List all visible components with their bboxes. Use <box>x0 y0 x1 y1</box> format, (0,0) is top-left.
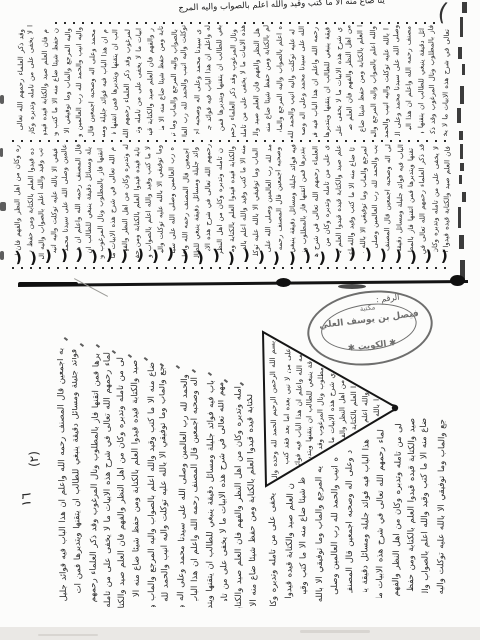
dotted-separator-bottom <box>12 267 450 269</box>
edge-line-segment <box>460 86 464 104</box>
line-end-hook: ) <box>379 248 386 263</box>
script-line: ره وكان من اهل النظر والفهم فان العلم صي… <box>12 145 24 255</box>
script-line: به اجمعين قال المصنف رحمه الله واعلم ان … <box>57 348 72 603</box>
edge-line-segment <box>459 235 464 249</box>
script-line: له وتدبره وكان من اهل النظر والفهم فان ا… <box>119 144 131 252</box>
ink-blob <box>276 278 291 287</box>
line-end-hook: ) <box>349 247 358 263</box>
part-number: (٢) <box>27 451 41 467</box>
script-line: ا بالله عليه توكلت واليه انيب والحمد لله <box>371 399 382 418</box>
script-line: ى سيدنا محمد وعلى اله وصحبه اجمعين قال ا… <box>191 29 203 135</box>
script-line: والكتابة قيده قيدوا العلم بالكتابة ومن ح… <box>226 146 238 252</box>
script-line: له عليه توكلت واليه انيب والحمد لله رب ا… <box>285 29 297 140</box>
dotted-separator-middle <box>12 140 448 142</box>
script-line: جع والماب وما توفيقي الا بالله عليه توكل… <box>434 419 449 595</box>
line-end-hook: ) <box>60 248 68 263</box>
edge-line-segment <box>459 175 462 184</box>
script-line: مصنف رحمه الله واعلم ان هذا الباب فيه فو… <box>403 26 415 130</box>
script-line: مد لله رب العالمين وصلى الله على سيدنا م… <box>262 144 274 254</box>
script-line: من اهل النظر والفهم فان العلم صيد والكتا… <box>344 25 356 130</box>
script-line: ن حفظ شيئا ضاع منه الا ما كتب وقيد والله… <box>49 28 61 136</box>
script-line: هذا الباب فيه فوائد جليلة ومسائل دقيقة ي… <box>358 439 373 592</box>
line-end-hook: ) <box>45 249 53 264</box>
script-line: د وعلى اله وصحبه اجمعين قال المصنف رحمه … <box>343 450 358 594</box>
tick-mark <box>240 382 244 386</box>
script-line: لم بالكتابة ومن حفظ شيئا ضاع منه الا ما … <box>262 25 274 135</box>
script-line: يلة ومسائل دقيقة ينبغي للطالب ان يتقنها … <box>83 147 95 254</box>
line-end-hook: ) <box>273 251 280 266</box>
line-end-hook: ) <box>440 249 448 264</box>
script-line: ا بالله عليه توكلت واليه انيب والحمد لله… <box>380 28 392 138</box>
edge-line-segment <box>457 108 461 123</box>
header-script-line: يئا ضاع منه الا ما كتب وقيد والله اعلم ب… <box>55 0 385 23</box>
script-line: قد ذكر العلماء رحمهم الله تعالى في شرح ه… <box>417 144 429 253</box>
edge-fragment <box>0 148 3 157</box>
line-end-hook: ) <box>303 249 311 265</box>
script-line: يتدبرها فمن اتقنها فاز بالمطلوب ونال الم… <box>298 147 310 252</box>
script-line: وما توفيقي الا بالله عليه توكلت واليه ان… <box>155 145 167 253</box>
tick-mark <box>64 337 68 341</box>
script-line: له واعلم ان هذا الباب فيه فوائد جليلة وم… <box>203 25 215 130</box>
script-line: لا يخفى على من تامله وتدبره وكان من اهل … <box>429 146 441 252</box>
script-line: ظ شيئا ضاع منه الا ما كتب وقيد والله اعل… <box>297 477 312 594</box>
script-line: ا العلم بالكتابة ومن حفظ شيئا ضاع منه ال <box>348 386 359 431</box>
script-line: رحمهم الله تعالى في شرح هذه الابيات ما ل… <box>202 144 214 250</box>
script-line: واليه المرجع والماب وما توفيقي الا بالله… <box>61 28 73 136</box>
edge-line-segment <box>458 47 462 59</box>
script-line: قيقة ينبغي للطالب ان يتقنها ويتدبرها فمن… <box>321 27 333 138</box>
script-line: مهم الله تعالى في شرح هذه الابيات ما لا … <box>218 382 233 601</box>
script-line: تقنها ويتدبرها فمن اتقنها فاز بالمطلوب و… <box>405 148 417 252</box>
edge-line-segment <box>460 17 464 37</box>
tick-mark <box>176 365 180 369</box>
script-line: ه انيب والحمد لله رب العالمين وصلى الله … <box>328 457 343 594</box>
edge-line-segment <box>462 64 466 75</box>
script-line: توكلت واليه انيب والحمد لله رب العالمين … <box>179 25 191 137</box>
script-line: الله على سيدنا محمد وعلى اله وصحبه اجمعي… <box>297 26 309 135</box>
script-line: ئا ضاع منه الا ما كتب وقيد والله اعلم با… <box>345 147 357 255</box>
line-end-hook: ) <box>228 251 235 266</box>
script-line: قال المصنف رحمه الله واعلم ان هذا الباب … <box>72 144 84 251</box>
script-line: لمرجع والماب وما توفيقي الا بالله عليه ت… <box>357 146 369 252</box>
script-line: ه اعلم بالصواب واليه المرجع والماب وما ت… <box>274 26 286 131</box>
script-line: محمد وعلى اله وصحبه اجمعين قال المصنف رح… <box>85 29 97 138</box>
script-line: واليه انيب والحمد لله رب العالمين وصلى ا… <box>73 27 85 137</box>
script-line: تابة قيده قيدوا العلم بالكتابة ومن حفظ ش… <box>131 147 143 258</box>
edge-fragment <box>0 251 4 260</box>
tick-mark <box>80 343 84 347</box>
script-line: من اهل النظر والفهم فان العلم صيد والكت <box>337 380 348 439</box>
script-line: مطلوب ونال المرغوب وقد ذكر العلماء رحمهم <box>314 367 325 452</box>
script-line: ر والفهم فان العلم صيد والكتابة قيده قيد… <box>144 28 156 136</box>
line-end-hook: ) <box>106 247 114 262</box>
edge-line-segment <box>460 163 464 171</box>
line-end-hook: ) <box>318 251 326 267</box>
page-number: ١٦ <box>19 493 34 507</box>
script-line: ابيات ما لا يخفى على من تامله وتدبره وكا… <box>132 28 144 132</box>
script-line: ده قيدوا العلم بالكتابة ومن حفظ شيئا ضاع… <box>24 148 36 252</box>
script-line: فوائد جليلة ومسائل دقيقة ينبغي للطالب ان… <box>72 349 87 615</box>
script-line: منه الا ما كتب وقيد والله اعلم بالصواب و… <box>238 145 250 249</box>
edge-line-segment <box>460 144 464 160</box>
script-line: ي شرح هذه الابيات ما لا يخفى على من تامل… <box>333 27 345 136</box>
dotted-separator-top <box>55 22 440 24</box>
line-end-hook: ) <box>334 247 342 262</box>
tick-mark <box>96 344 100 348</box>
line-end-hook: ) <box>90 248 98 264</box>
line-end-hook: ) <box>166 247 175 263</box>
script-line: باب فيه فوائد جليلة ومسائل دقيقة ينبغي ل… <box>203 380 218 608</box>
script-line: رحمه الله واعلم ان هذا الباب فيه فوائد ج… <box>309 27 321 137</box>
tick-mark <box>192 369 196 373</box>
script-line: والله اعلم بالصواب واليه المرجع والماب <box>359 392 370 424</box>
script-line: يخفى على من تامله وتدبره وكان من اهل الن… <box>267 493 282 607</box>
script-line: عالمين وصلى الله على سيدنا محمد وعلى اله… <box>60 144 72 251</box>
script-line: ن العلم صيد والكتابة قيده قيدوا العلم با… <box>282 483 297 602</box>
script-line: هل النظر والفهم فان العلم صيد والكتابة ق… <box>250 28 262 136</box>
edge-line-segment <box>459 131 463 140</box>
script-line: تابة ومن حفظ شيئا ضاع منه الا ما كتب وقي… <box>156 26 168 130</box>
script-line: لى من تامله وتدبره وكان من اهل النظر وال… <box>389 423 404 599</box>
line-end-hook: ) <box>212 248 221 264</box>
ink-blob <box>338 284 366 289</box>
edge-fragment <box>0 202 6 211</box>
script-line: لماء رحمهم الله تعالى في شرح هذه الابيات… <box>101 352 116 606</box>
script-line: الباب فيه فوائد جليلة ومسائل دقيقة ينبغي… <box>393 144 405 251</box>
script-line: م فان العلم صيد والكتابة قيده قيدوا العل… <box>38 29 50 135</box>
ink-blob <box>450 275 465 286</box>
script-line: م ان هذا الباب فيه فوائد جليلة ومسائل دق… <box>97 29 109 137</box>
script-line: والله اعلم بالصواب واليه المرجع والماب و… <box>368 26 380 137</box>
line-end-hook: ) <box>30 250 37 265</box>
manuscript-scan: يئا ضاع منه الا ما كتب وقيد والله اعلم ب… <box>0 0 480 640</box>
script-line: فيه فوائد جليلة ومسائل دقيقة ينبغي للطال… <box>286 144 298 252</box>
script-line: لا ما كتب وقيد والله اعلم بالصواب واليه … <box>143 146 155 258</box>
script-line: فيقي الا بالله عليه توكلت واليه انيب وال… <box>48 148 60 252</box>
script-line: ي شرح هذه الابيات ما لا يخفى على من تامل <box>326 373 337 445</box>
line-end-hook: ) <box>364 247 372 262</box>
script-line: وصلى الله على سيدنا محمد وعلى اله وصحبه … <box>392 25 404 136</box>
script-line: وائد جليلة ومسائل دقيقة ينبغي للطالب ان … <box>191 147 203 258</box>
script-line: لماء رحمهم الله تعالى في شرح هذه الابيات… <box>373 429 388 597</box>
line-end-hook: ) <box>243 248 250 263</box>
script-line: ى على من تامله وتدبره وكان من اهل النظر … <box>321 145 333 249</box>
script-line: والحمد لله رب العالمين وصلى الله على سيد… <box>174 374 189 607</box>
script-line: وقد ذكر العلماء رحمهم الله تعالى في شرح … <box>14 29 26 134</box>
line-end-hook: ) <box>197 249 206 265</box>
edge-fragment <box>0 95 4 104</box>
script-line: اتقنها فاز بالمطلوب ونال المرغوب وقد ذكر… <box>95 148 107 259</box>
script-line: على من لا نبي بعده اما بعد فقد كتب <box>280 348 291 472</box>
line-end-hook: ) <box>288 251 295 266</box>
line-end-hook: ) <box>152 249 159 264</box>
paper-crease <box>74 278 108 297</box>
script-line: م الله تعالى في شرح هذه الابيات ما لا يخ… <box>107 147 119 258</box>
script-line: فاز بالمطلوب ونال المرغوب وقد ذكر العلما… <box>427 25 439 135</box>
script-line: الماب وما توفيقي الا بالله عليه توكلت وا… <box>250 148 262 256</box>
script-line: لى اله وصحبه اجمعين قال المصنف رحمه الله… <box>381 144 393 251</box>
line-end-hook: ) <box>410 250 417 265</box>
script-line: بغي للطالب ان يتقنها ويتدبرها فمن اتقنها… <box>215 25 227 133</box>
ink-blob <box>18 282 78 286</box>
scan-smudge <box>300 630 370 633</box>
script-line: تعالى في شرح هذه الابيات ما لا يخفى على … <box>439 29 451 135</box>
script-line: صيد والكتابة قيده قيدوا العلم بالكتابة و… <box>404 418 419 592</box>
script-line: صيد والكتابة قيده قيدوا العلم بالكتابة و… <box>130 360 145 612</box>
script-line: تب وقيد والله اعلم بالصواب واليه المرجع … <box>36 148 48 259</box>
line-end-hook: ) <box>425 249 433 265</box>
script-line: برها فمن اتقنها فاز بالمطلوب ونال المرغو… <box>86 353 101 614</box>
script-line: لمرغوب وقد ذكر العلماء رحمهم الله تعالى … <box>120 29 132 138</box>
script-line: اله وصحبه اجمعين قال المصنف رحمه الله وا… <box>188 377 203 601</box>
scan-smudge <box>38 634 98 636</box>
script-line: يه المرجع والماب وما توفيقي الا بالله عل… <box>313 466 328 603</box>
line-end-hook: ) <box>136 247 144 263</box>
script-line: اجمعين قال المصنف رحمه الله واعلم ان هذا… <box>179 148 191 258</box>
script-line: قة ينبغي للطالب ان يتقنها ويتدبرها فمن ا <box>303 361 314 459</box>
line-end-hook: ) <box>182 249 190 265</box>
script-line: ا العلم بالكتابة ومن حفظ شيئا ضاع منه ال… <box>356 25 368 133</box>
line-end-hook: ) <box>394 249 402 264</box>
script-line: هذه الابيات ما لا يخفى على من تامله وتدب… <box>238 25 250 136</box>
edge-line-segment <box>458 207 461 228</box>
script-line: الب ان يتقنها ويتدبرها فمن اتقنها فاز با… <box>108 29 120 135</box>
tick-mark <box>208 372 212 376</box>
script-line: ضاع منه الا ما كتب وقيد والله اعلم بالصو… <box>419 418 434 593</box>
script-line: بالصواب واليه المرجع والماب وما توفيقي ا… <box>167 29 179 136</box>
script-line: فان العلم صيد والكتابة قيده قيدوا العلم … <box>440 146 452 253</box>
script-line: ه رب العالمين وصلى الله على سيدنا محمد و… <box>167 147 179 252</box>
script-line: جع والماب وما توفيقي الا بالله عليه توكل… <box>159 366 174 615</box>
edge-line-segment <box>462 192 467 202</box>
script-line: بسم الله الرحمن الرحيم الحمد لله وحده وا… <box>269 341 280 478</box>
script-line: مه الله واعلم ان هذا الباب فيه فوائد جلي <box>292 354 303 465</box>
script-line: ا لا يخفى على من تامله وتدبره وكان من اه… <box>26 25 38 134</box>
script-line: وصحبه اجمعين قال المصنف رحمه الله واعلم … <box>274 147 286 254</box>
script-line: لكتابة قيده قيدوا العلم بالكتابة ومن حفظ… <box>247 394 262 610</box>
script-line: علم صيد والكتابة قيده قيدوا العلم بالكتا… <box>333 145 345 253</box>
script-line: العلماء رحمهم الله تعالى في شرح هذه الاب… <box>310 146 322 257</box>
script-line: ائل دقيقة ينبغي للطالب ان يتقنها ويتدبره… <box>415 28 427 133</box>
line-end-hook: ) <box>75 248 84 264</box>
script-line: امله وتدبره وكان من اهل النظر والفهم فان… <box>232 386 247 608</box>
line-end-hook: ) <box>121 249 129 265</box>
script-line: يب والحمد لله رب العالمين وصلى الله على … <box>369 145 381 252</box>
script-line: لى من تامله وتدبره وكان من اهل النظر وال… <box>115 357 130 610</box>
script-line: ضاع منه الا ما كتب وقيد والله اعلم بالصو… <box>145 362 160 608</box>
script-line: ونال المرغوب وقد ذكر العلماء رحمهم الله … <box>226 29 238 136</box>
line-end-hook: ) <box>258 250 266 265</box>
script-line: ن تامله وتدبره وكان من اهل النظر والفهم … <box>214 148 226 254</box>
edge-line-segment <box>462 2 467 13</box>
